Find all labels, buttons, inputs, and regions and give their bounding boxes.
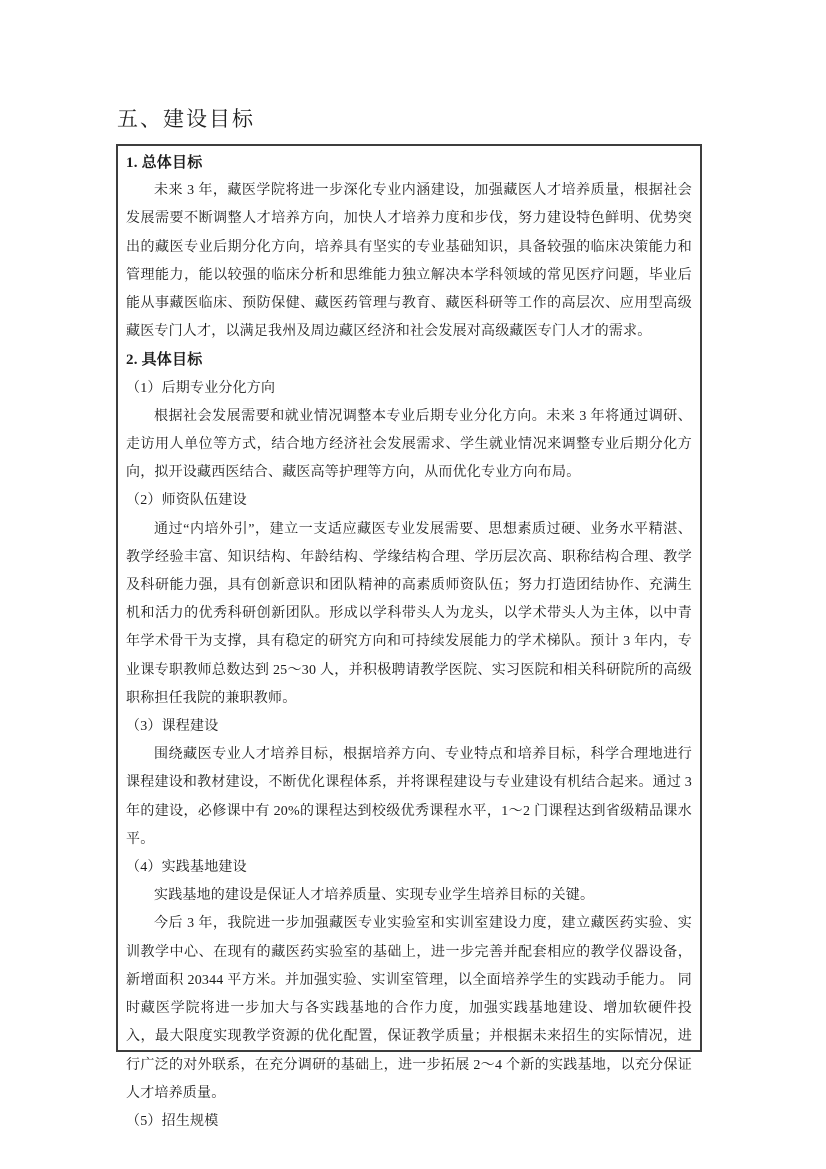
paragraph-overall-goals: 未来 3 年，藏医学院将进一步深化专业内涵建设，加强藏医人才培养质量，根据社会发… xyxy=(126,177,692,346)
subsection-heading-enrollment: （5）招生规模 xyxy=(126,1108,692,1136)
document-title: 五、建设目标 xyxy=(117,103,255,133)
subsection-heading-specialization: （1）后期专业分化方向 xyxy=(126,375,692,403)
subsection-heading-curriculum: （3）课程建设 xyxy=(126,713,692,741)
paragraph-practice-base-intro: 实践基地的建设是保证人才培养质量、实现专业学生培养目标的关键。 xyxy=(126,882,692,910)
paragraph-faculty: 通过“内培外引”，建立一支适应藏医专业发展需要、思想素质过硬、业务水平精湛、教学… xyxy=(126,516,692,713)
section-heading-overall-goals: 1. 总体目标 xyxy=(126,149,692,177)
subsection-heading-practice-base: （4）实践基地建设 xyxy=(126,854,692,882)
document-page: 五、建设目标 1. 总体目标 未来 3 年，藏医学院将进一步深化专业内涵建设，加… xyxy=(0,0,826,1169)
paragraph-practice-base-plan: 今后 3 年，我院进一步加强藏医专业实验室和实训室建设力度，建立藏医药实验、实训… xyxy=(126,910,692,1107)
section-heading-specific-goals: 2. 具体目标 xyxy=(126,346,692,374)
paragraph-curriculum: 围绕藏医专业人才培养目标，根据培养方向、专业特点和培养目标，科学合理地进行课程建… xyxy=(126,741,692,854)
paragraph-specialization: 根据社会发展需要和就业情况调整本专业后期专业分化方向。未来 3 年将通过调研、走… xyxy=(126,403,692,488)
content-table-cell: 1. 总体目标 未来 3 年，藏医学院将进一步深化专业内涵建设，加强藏医人才培养… xyxy=(116,144,702,1052)
subsection-heading-faculty: （2）师资队伍建设 xyxy=(126,487,692,515)
